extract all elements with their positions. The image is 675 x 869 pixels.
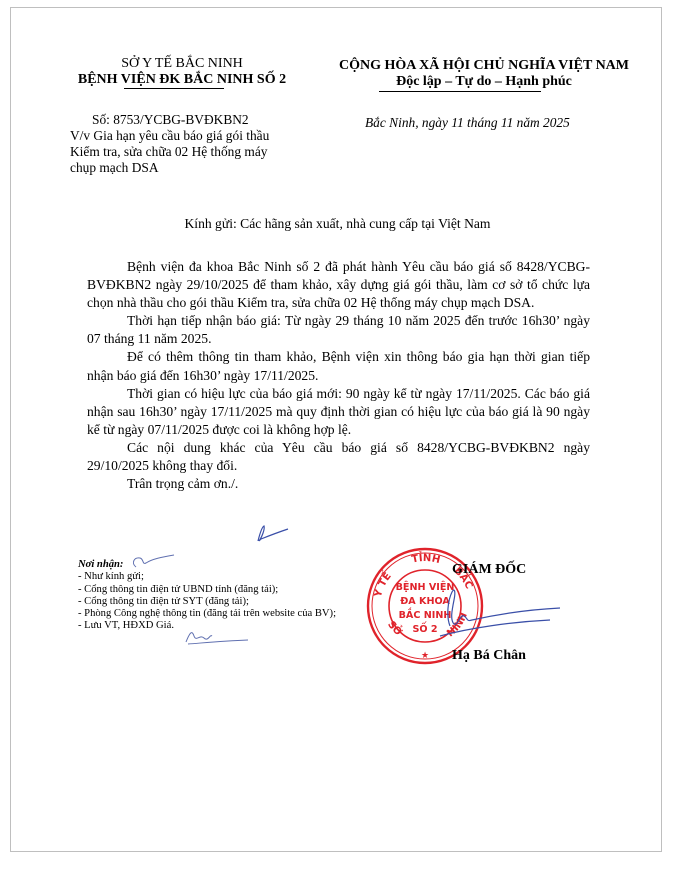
- hospital-name: BỆNH VIỆN ĐK BẮC NINH SỐ 2: [62, 72, 302, 88]
- director-signature-icon: [410, 580, 570, 640]
- agency-name: SỞ Y TẾ BẮC NINH: [62, 56, 302, 72]
- body-paragraph: Để có thêm thông tin tham khảo, Bệnh việ…: [87, 348, 590, 384]
- recipient-item: - Cổng thông tin điện tử UBND tỉnh (đăng…: [78, 584, 336, 596]
- recipient-item: - Cổng thông tin điện tử SYT (đăng tải);: [78, 596, 336, 608]
- body-paragraph: Các nội dung khác của Yêu cầu báo giá số…: [87, 439, 590, 475]
- svg-text:★: ★: [421, 650, 429, 660]
- body-paragraph: Bệnh viện đa khoa Bắc Ninh số 2 đã phát …: [87, 258, 590, 312]
- body-paragraph: Trân trọng cảm ơn./.: [87, 475, 590, 493]
- recipients-heading: Nơi nhận:: [78, 559, 336, 571]
- body-paragraph: Thời gian có hiệu lực của báo giá mới: 9…: [87, 385, 590, 439]
- subject-line: chụp mạch DSA: [70, 160, 269, 176]
- issuer-underline: [124, 88, 224, 89]
- nation-title: CỘNG HÒA XÃ HỘI CHỦ NGHĨA VIỆT NAM: [324, 58, 644, 74]
- salutation: Kính gửi: Các hãng sản xuất, nhà cung cấ…: [0, 216, 675, 232]
- subject: V/v Gia hạn yêu cầu báo giá gói thầu Kiể…: [70, 128, 269, 175]
- reference-number: Số: 8753/YCBG-BVĐKBN2: [92, 112, 249, 128]
- signatory-title: GIÁM ĐỐC: [452, 562, 526, 578]
- subject-line: V/v Gia hạn yêu cầu báo giá gói thầu: [70, 128, 269, 144]
- body-paragraph: Thời hạn tiếp nhận báo giá: Từ ngày 29 t…: [87, 312, 590, 348]
- svg-text:TỈNH: TỈNH: [411, 550, 441, 566]
- signatory-name: Hạ Bá Chân: [452, 648, 526, 664]
- recipient-item: - Phòng Công nghệ thông tin (đăng tải tr…: [78, 608, 336, 620]
- svg-text:SỞ: SỞ: [385, 619, 406, 638]
- place-date: Bắc Ninh, ngày 11 tháng 11 năm 2025: [365, 115, 570, 131]
- initial-signature-icon: [182, 628, 252, 650]
- recipients-list: Nơi nhận: - Như kính gửi; - Cổng thông t…: [78, 559, 336, 633]
- initial-signature-icon: [252, 523, 292, 545]
- letter-body: Bệnh viện đa khoa Bắc Ninh số 2 đã phát …: [87, 258, 590, 493]
- nation-motto: Độc lập – Tự do – Hạnh phúc: [324, 74, 644, 90]
- issuer-header: SỞ Y TẾ BẮC NINH BỆNH VIỆN ĐK BẮC NINH S…: [62, 56, 302, 88]
- subject-line: Kiểm tra, sửa chữa 02 Hệ thống máy: [70, 144, 269, 160]
- recipient-item: - Như kính gửi;: [78, 571, 336, 583]
- motto-underline: [379, 91, 541, 92]
- nation-header: CỘNG HÒA XÃ HỘI CHỦ NGHĨA VIỆT NAM Độc l…: [324, 58, 644, 90]
- initial-signature-icon: [128, 553, 178, 571]
